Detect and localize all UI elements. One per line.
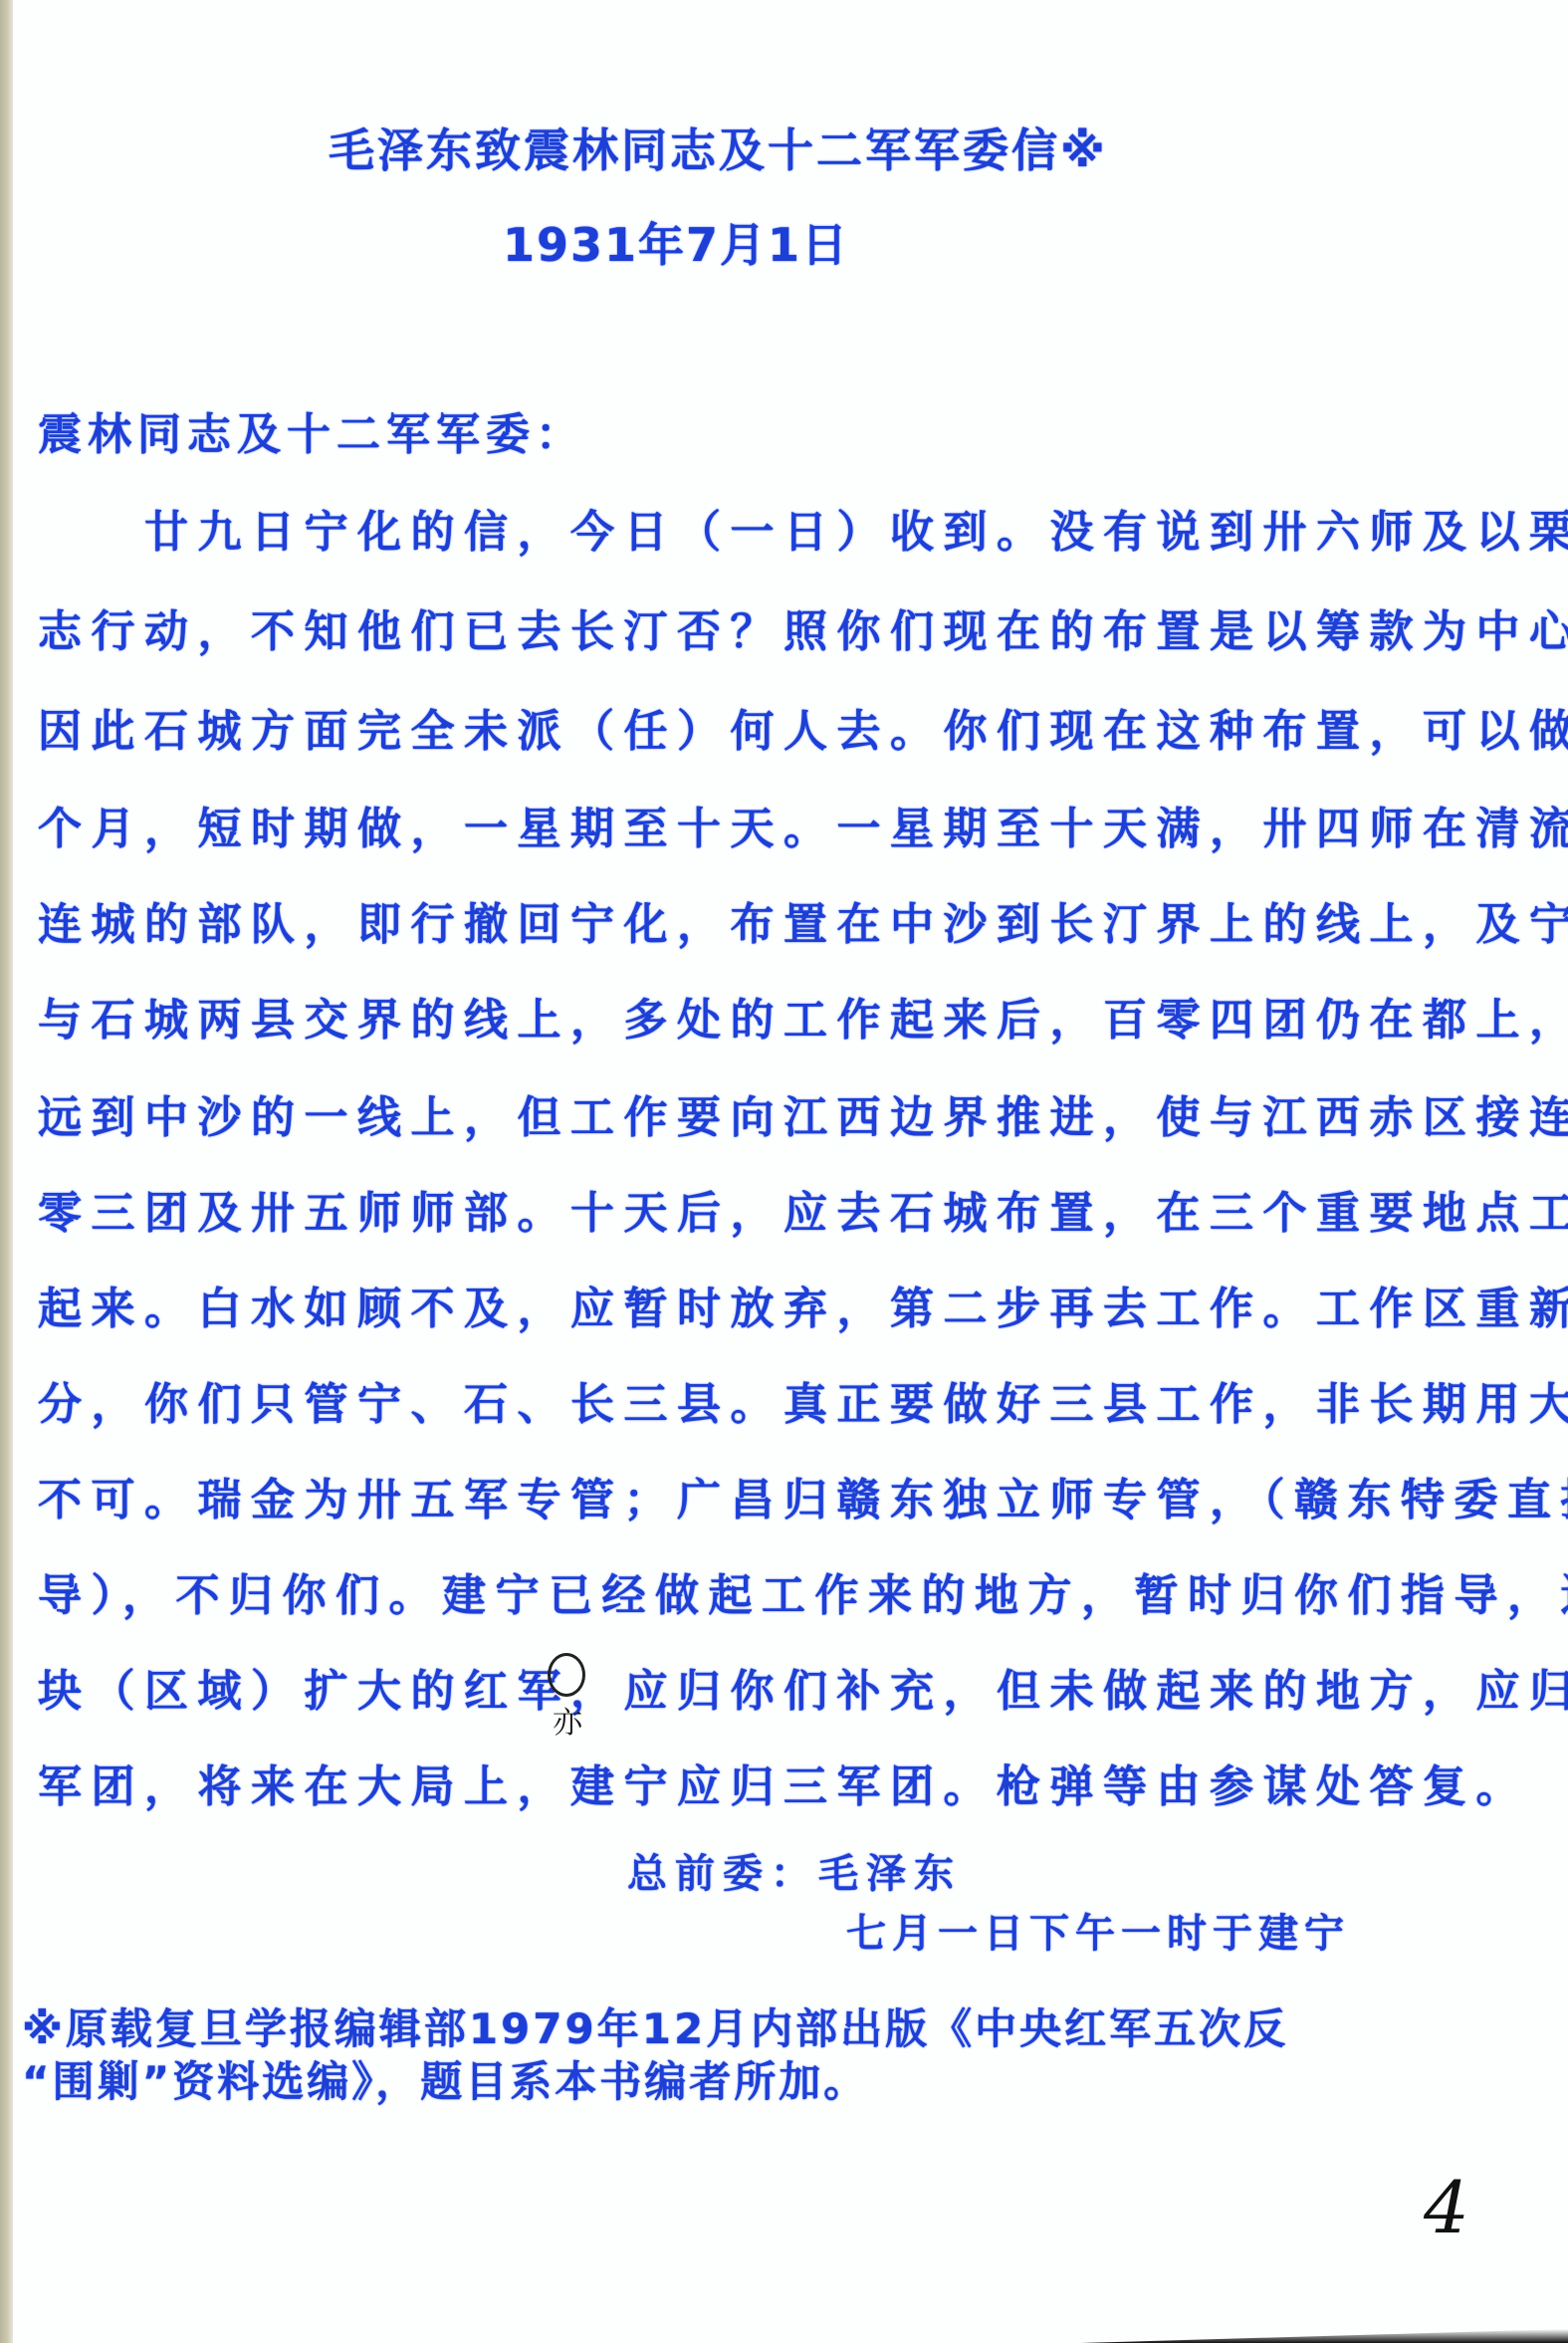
body-line: 远到中沙的一线上，但工作要向江西边界推进，使与江西赤区接连百 [38, 1081, 1568, 1145]
signature-date: 七月一日下午一时于建宁 [846, 1902, 1350, 1959]
document-date: 1931年7月1日 [503, 209, 849, 275]
body-line: 廿九日宁化的信，今日（一日）收到。没有说到卅六师及以栗同 [38, 496, 1568, 560]
footnote-line: “围剿”资料选编》，题目系本书编者所加。 [22, 2049, 868, 2109]
body-line: 不可。瑞金为卅五军专管；广昌归赣东独立师专管，（赣东特委直接指 [38, 1464, 1568, 1527]
body-line: 分，你们只管宁、石、长三县。真正要做好三县工作，非长期用大力 [38, 1368, 1568, 1432]
page-left-edge [0, 0, 13, 2343]
salutation: 震林同志及十二军军委： [38, 398, 585, 462]
page-number: 4 [1424, 2166, 1469, 2249]
body-line: 连城的部队，即行撤回宁化，布置在中沙到长汀界上的线上，及宁化 [38, 888, 1568, 952]
body-line: 军团，将来在大局上，建宁应归三军团。枪弹等由参谋处答复。 [38, 1751, 1529, 1814]
body-line: 起来。白水如顾不及，应暂时放弃，第二步再去工作。工作区重新划 [38, 1273, 1568, 1336]
body-line: 个月，短时期做，一星期至十天。一星期至十天满，卅四师在清流， [38, 793, 1568, 856]
body-line: 因此石城方面完全未派（任）何人去。你们现在这种布置，可以做一 [38, 695, 1568, 759]
body-line: 零三团及卅五师师部。十天后，应去石城布置，在三个重要地点工作 [38, 1177, 1568, 1241]
document-title: 毛泽东致震林同志及十二军军委信※ [329, 115, 1108, 180]
footnote-line: ※原载复旦学报编辑部1979年12月内部出版《中央红军五次反 [22, 1996, 1288, 2056]
handwritten-circle-mark [548, 1653, 585, 1697]
body-line: 与石城两县交界的线上，多处的工作起来后，百零四团仍在都上，安 [38, 984, 1568, 1048]
body-line: 导），不归你们。建宁已经做起工作来的地方，暂时归你们指导，这 [38, 1559, 1568, 1623]
body-line: 志行动，不知他们已去长汀否？照你们现在的布置是以筹款为中心， [38, 595, 1568, 659]
handwritten-correction: 亦 [553, 1698, 582, 1742]
signature: 总前委：毛泽东 [627, 1842, 962, 1899]
body-line: 块（区域）扩大的红军，应归你们补充，但未做起来的地方，应归三 [38, 1655, 1568, 1719]
page-bottom-shadow [871, 2329, 1568, 2343]
